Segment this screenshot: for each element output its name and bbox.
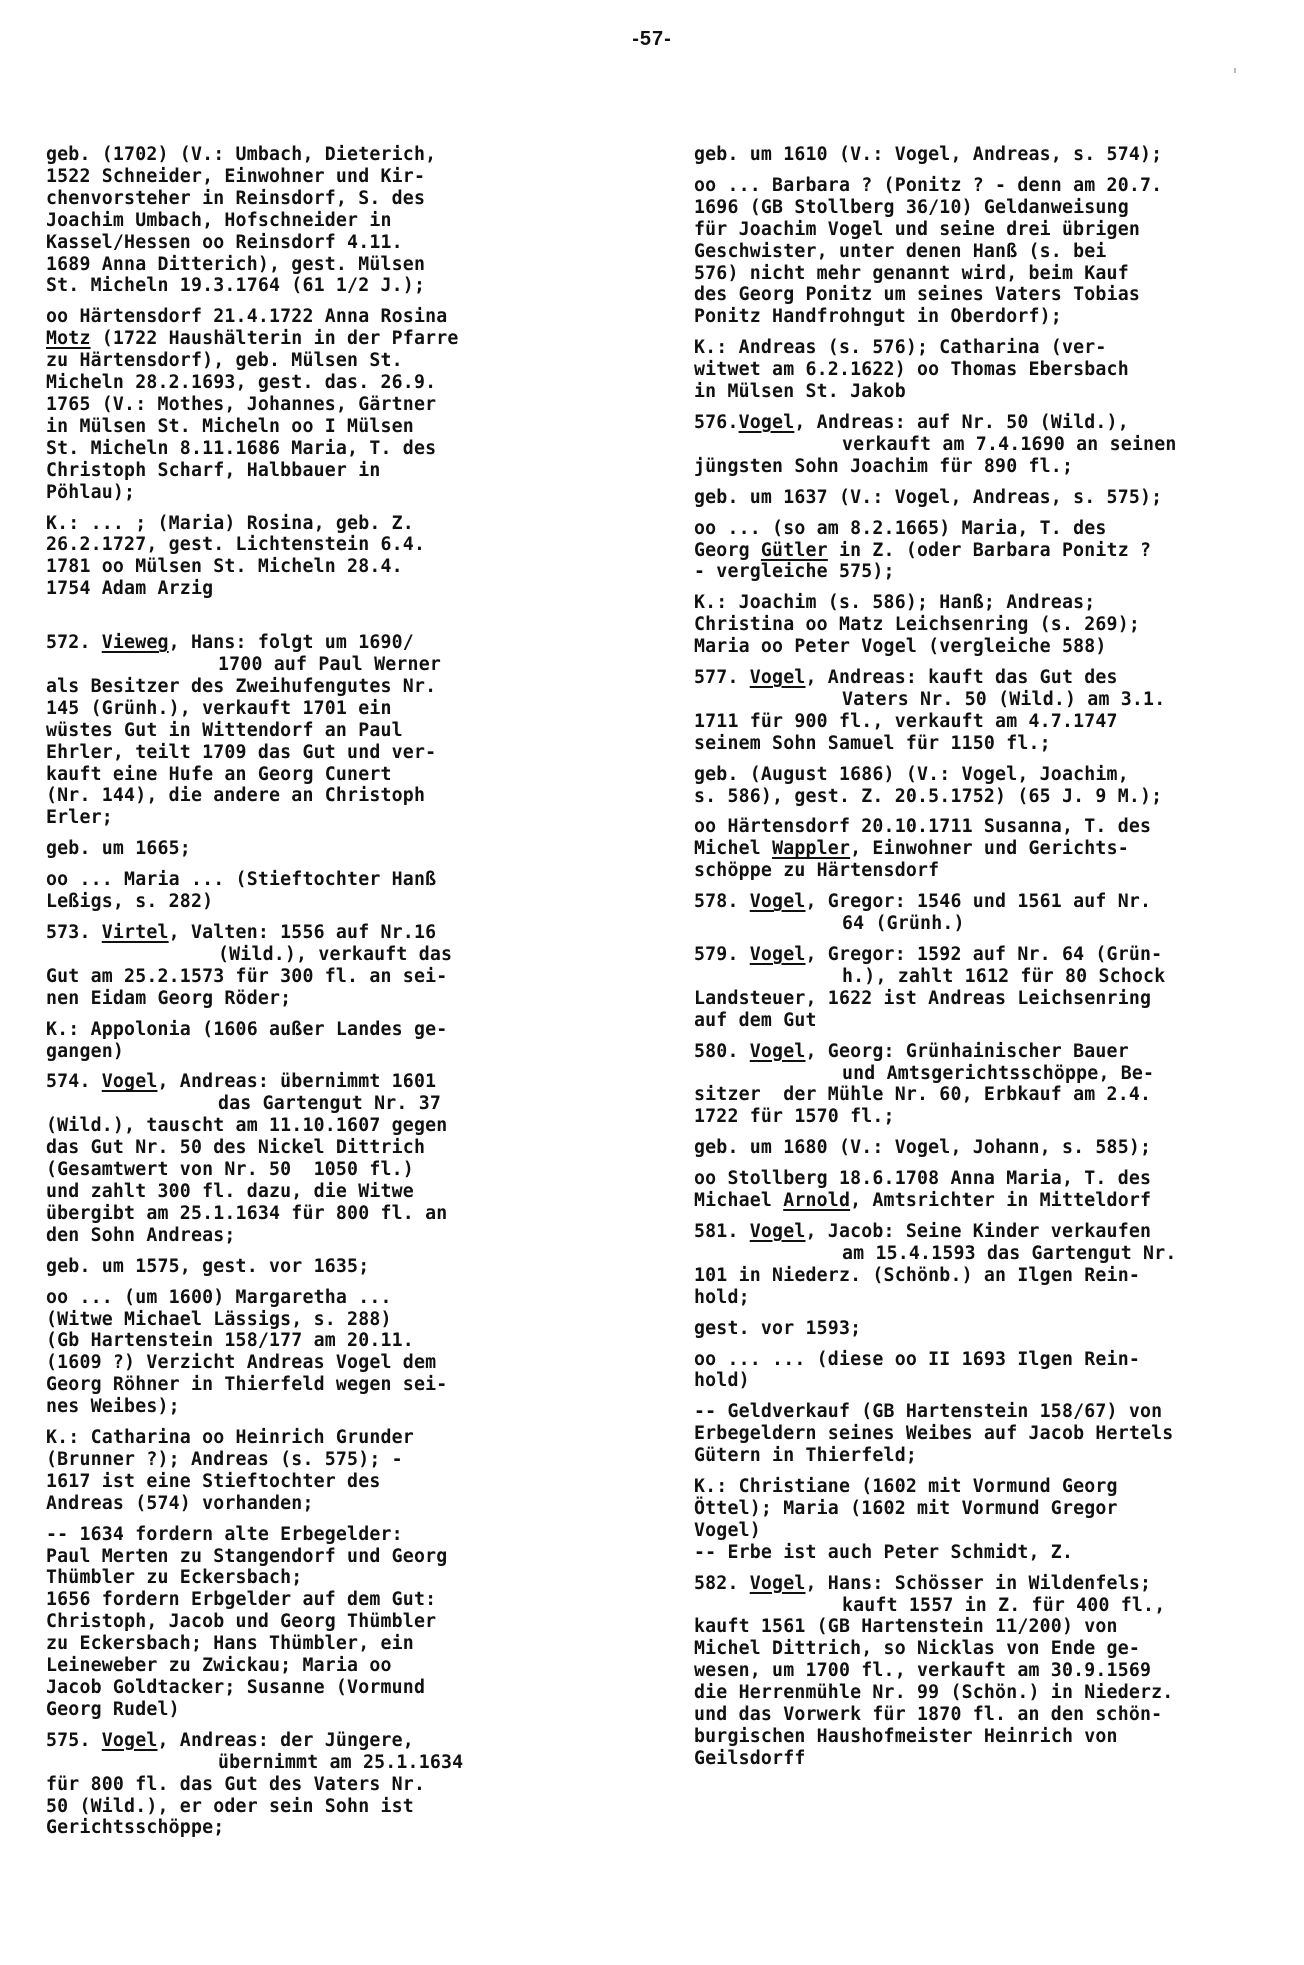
text-line: wüstes Gut in Wittendorf an Paul [46,720,606,742]
text-line: Andreas (574) vorhanden; [46,1493,606,1515]
text-line: (Gesamtwert von Nr. 50 1050 fl.) [46,1159,606,1181]
text-line: und zahlt 300 fl. dazu, die Witwe [46,1181,606,1203]
text-line: Motz (1722 Haushälterin in der Pfarre [46,328,606,350]
text-line: Landsteuer, 1622 ist Andreas Leichsenrin… [694,988,1284,1010]
text-line: 1689 Anna Ditterich), gest. Mülsen [46,254,606,276]
entry-block: oo Stollberg 18.6.1708 Anna Maria, T. de… [694,1168,1284,1212]
text-line: 145 (Grünh.), verkauft 1701 ein [46,698,606,720]
text-line: oo Härtensdorf 21.4.1722 Anna Rosina [46,306,606,328]
text-line: oo ... Maria ... (Stieftochter Hanß [46,869,606,891]
text-line: in Mülsen St. Micheln oo I Mülsen [46,416,606,438]
underlined-surname: Vogel [739,412,795,433]
text-line: und das Vorwerk für 1870 fl. an den schö… [694,1704,1284,1726]
line-text: , Georg: Grünhainischer Bauer [806,1041,1129,1062]
text-line: 1700 auf Paul Werner [46,654,606,676]
underlined-surname: Wappler [772,838,850,859]
text-line: 578. Vogel, Gregor: 1546 und 1561 auf Nr… [694,891,1284,913]
text-line: Joachim Umbach, Hofschneider in [46,210,606,232]
underlined-surname: Vogel [750,944,806,965]
text-line: Georg Gütler in Z. (oder Barbara Ponitz … [694,540,1284,562]
entry-block: oo Härtensdorf 21.4.1722 Anna RosinaMotz… [46,306,606,503]
text-line: und Amtsgerichtsschöppe, Be- [694,1063,1284,1085]
line-text: , Amtsrichter in Mitteldorf [850,1190,1151,1211]
text-line: schöppe zu Härtensdorf [694,860,1284,882]
line-text: , Andreas: kauft das Gut des [806,667,1118,688]
underlined-surname: Vogel [750,1573,806,1594]
entry-block: oo ... ... (diese oo II 1693 Ilgen Rein-… [694,1349,1284,1393]
text-line: 576) nicht mehr genannt wird, beim Kauf [694,263,1284,285]
text-line: -- 1634 fordern alte Erbegelder: [46,1524,606,1546]
text-line: burgischen Haushofmeister Heinrich von [694,1726,1284,1748]
underlined-surname: Vogel [102,1071,158,1092]
line-prefix: Georg [694,540,761,561]
line-text: in Z. (oder Barbara Ponitz ? [828,540,1151,561]
text-line: das Gut Nr. 50 des Nickel Dittrich [46,1137,606,1159]
entry-block: geb. um 1665; [46,838,606,860]
text-line: hold; [694,1287,1284,1309]
text-line: jüngsten Sohn Joachim für 890 fl.; [694,456,1284,478]
line-text: , Andreas: auf Nr. 50 (Wild.), [794,412,1129,433]
text-line: Michel Wappler, Einwohner und Gerichts- [694,838,1284,860]
text-line: wesen, um 1700 fl., verkauft am 30.9.156… [694,1660,1284,1682]
text-line: geb. um 1665; [46,838,606,860]
underlined-surname: Gütler [761,540,828,561]
line-prefix: 579. [694,944,750,965]
text-line: Georg Rudel) [46,1699,606,1721]
text-line: Michael Arnold, Amtsrichter in Mitteldor… [694,1190,1284,1212]
right-column: geb. um 1610 (V.: Vogel, Andreas, s. 574… [694,144,1284,1779]
text-line: - vergleiche 575); [694,561,1284,583]
line-text: , Hans: Schösser in Wildenfels; [806,1573,1152,1594]
line-prefix: 577. [694,667,750,688]
entry-block: 572. Vieweg, Hans: folgt um 1690/1700 au… [46,632,606,829]
text-line: verkauft am 7.4.1690 an seinen [694,434,1284,456]
text-line: 1781 oo Mülsen St. Micheln 28.4. [46,556,606,578]
text-line: Christoph Scharf, Halbbauer in [46,460,606,482]
text-line: 580. Vogel, Georg: Grünhainischer Bauer [694,1041,1284,1063]
text-line: Vaters Nr. 50 (Wild.) am 3.1. [694,689,1284,711]
text-line: Christina oo Matz Leichsenring (s. 269); [694,614,1284,636]
text-line: 576.Vogel, Andreas: auf Nr. 50 (Wild.), [694,412,1284,434]
text-line: (Wild.), verkauft das [46,944,606,966]
entry-block: oo ... Barbara ? (Ponitz ? - denn am 20.… [694,175,1284,328]
text-line: (Gb Hartenstein 158/177 am 20.11. [46,1330,606,1352]
entry-block: -- 1634 fordern alte Erbegelder:Paul Mer… [46,1524,606,1721]
text-line: geb. um 1637 (V.: Vogel, Andreas, s. 575… [694,487,1284,509]
entry-block: 573. Virtel, Valten: 1556 auf Nr.16(Wild… [46,922,606,1010]
text-line: Maria oo Peter Vogel (vergleiche 588) [694,636,1284,658]
entry-block: K.: Appolonia (1606 außer Landes ge-gang… [46,1019,606,1063]
text-line: als Besitzer des Zweihufengutes Nr. [46,676,606,698]
page-number: -57- [0,28,1304,51]
text-line: (Nr. 144), die andere an Christoph [46,785,606,807]
text-line: Micheln 28.2.1693, gest. das. 26.9. [46,372,606,394]
underlined-surname: Arnold [783,1190,850,1211]
text-line: (Witwe Michael Lässigs, s. 288) [46,1309,606,1331]
entry-block: geb. um 1680 (V.: Vogel, Johann, s. 585)… [694,1137,1284,1159]
line-text: , Andreas: der Jüngere, [158,1730,414,1751]
text-line: für 800 fl. das Gut des Vaters Nr. [46,1774,606,1796]
line-text: , Gregor: 1592 auf Nr. 64 (Grün- [806,944,1163,965]
underlined-surname: Motz [46,328,91,349]
underlined-surname: Vogel [750,1221,806,1242]
entry-block: 580. Vogel, Georg: Grünhainischer Baueru… [694,1041,1284,1129]
text-line: geb. um 1610 (V.: Vogel, Andreas, s. 574… [694,144,1284,166]
text-line: 573. Virtel, Valten: 1556 auf Nr.16 [46,922,606,944]
text-line: Ponitz Handfrohngut in Oberdorf); [694,306,1284,328]
underlined-surname: Vogel [102,1730,158,1751]
text-line: des Georg Ponitz um seines Vaters Tobias [694,284,1284,306]
line-prefix: Michel [694,838,772,859]
text-line: zu Eckersbach; Hans Thümbler, ein [46,1633,606,1655]
line-prefix: 574. [46,1071,102,1092]
line-text: , Gregor: 1546 und 1561 auf Nr. [806,891,1152,912]
line-text: , Hans: folgt um 1690/ [169,632,414,653]
line-prefix: 573. [46,922,102,943]
text-line: am 15.4.1593 das Gartengut Nr. [694,1243,1284,1265]
line-prefix: 581. [694,1221,750,1242]
text-line: seinem Sohn Samuel für 1150 fl.; [694,733,1284,755]
left-column: geb. (1702) (V.: Umbach, Dieterich,1522 … [46,144,606,1848]
entry-block: 578. Vogel, Gregor: 1546 und 1561 auf Nr… [694,891,1284,935]
text-line: Leßigs, s. 282) [46,891,606,913]
text-line: oo ... Barbara ? (Ponitz ? - denn am 20.… [694,175,1284,197]
entry-block: geb. um 1575, gest. vor 1635; [46,1256,606,1278]
text-line: oo Stollberg 18.6.1708 Anna Maria, T. de… [694,1168,1284,1190]
line-prefix: 582. [694,1573,750,1594]
entry-block: geb. (August 1686) (V.: Vogel, Joachim,s… [694,764,1284,808]
text-line: für Joachim Vogel und seine drei übrigen [694,219,1284,241]
text-line: St. Micheln 19.3.1764 (61 1/2 J.); [46,275,606,297]
line-prefix: 576. [694,412,739,433]
entry-block: 574. Vogel, Andreas: übernimmt 1601das G… [46,1071,606,1246]
line-text: , Einwohner und Gerichts- [850,838,1129,859]
text-line: (Brunner ?); Andreas (s. 575); - [46,1449,606,1471]
entry-block: K.: Christiane (1602 mit Vormund GeorgÖt… [694,1476,1284,1564]
entry-block: 577. Vogel, Andreas: kauft das Gut desVa… [694,667,1284,755]
text-line: 101 in Niederz. (Schönb.) an Ilgen Rein- [694,1265,1284,1287]
text-line: witwet am 6.2.1622) oo Thomas Ebersbach [694,359,1284,381]
text-line: kauft eine Hufe an Georg Cunert [46,764,606,786]
text-line: 1522 Schneider, Einwohner und Kir- [46,166,606,188]
entry-block: oo Härtensdorf 20.10.1711 Susanna, T. de… [694,816,1284,882]
entry-block: K.: ... ; (Maria) Rosina, geb. Z.26.2.17… [46,513,606,601]
entry-block: gest. vor 1593; [694,1318,1284,1340]
text-line: 572. Vieweg, Hans: folgt um 1690/ [46,632,606,654]
text-line: chenvorsteher in Reinsdorf, S. des [46,188,606,210]
text-line: oo ... ... (diese oo II 1693 Ilgen Rein- [694,1349,1284,1371]
entry-block: 581. Vogel, Jacob: Seine Kinder verkaufe… [694,1221,1284,1309]
text-line: 582. Vogel, Hans: Schösser in Wildenfels… [694,1573,1284,1595]
text-line: geb. (August 1686) (V.: Vogel, Joachim, [694,764,1284,786]
text-line: 50 (Wild.), er oder sein Sohn ist [46,1796,606,1818]
text-line: Kassel/Hessen oo Reinsdorf 4.11. [46,232,606,254]
line-prefix: Michael [694,1190,783,1211]
entry-block: oo ... Maria ... (Stieftochter HanßLeßig… [46,869,606,913]
line-prefix: 572. [46,632,102,653]
entry-block: 575. Vogel, Andreas: der Jüngere,übernim… [46,1730,606,1840]
text-line: geb. (1702) (V.: Umbach, Dieterich, [46,144,606,166]
text-line: 575. Vogel, Andreas: der Jüngere, [46,1730,606,1752]
entry-block: 576.Vogel, Andreas: auf Nr. 50 (Wild.),v… [694,412,1284,478]
text-line: 1754 Adam Arzig [46,578,606,600]
line-text: , Andreas: übernimmt 1601 [158,1071,437,1092]
text-line: 574. Vogel, Andreas: übernimmt 1601 [46,1071,606,1093]
text-line: 1696 (GB Stollberg 36/10) Geldanweisung [694,197,1284,219]
text-line: K.: Appolonia (1606 außer Landes ge- [46,1019,606,1041]
text-line: Geschwister, unter denen Hanß (s. bei [694,241,1284,263]
text-line: -- Geldverkauf (GB Hartenstein 158/67) v… [694,1401,1284,1423]
text-line: 64 (Grünh.) [694,913,1284,935]
text-line: 1711 für 900 fl., verkauft am 4.7.1747 [694,711,1284,733]
text-line: oo ... (um 1600) Margaretha ... [46,1287,606,1309]
underlined-surname: Virtel [102,922,169,943]
text-line: den Sohn Andreas; [46,1225,606,1247]
text-line: oo ... (so am 8.2.1665) Maria, T. des [694,518,1284,540]
text-line: nen Eidam Georg Röder; [46,988,606,1010]
entry-block: geb. (1702) (V.: Umbach, Dieterich,1522 … [46,144,606,297]
text-line: Paul Merten zu Stangendorf und Georg [46,1546,606,1568]
entry-block: geb. um 1637 (V.: Vogel, Andreas, s. 575… [694,487,1284,509]
text-line: Ehrler, teilt 1709 das Gut und ver- [46,742,606,764]
text-line: Öttel); Maria (1602 mit Vormund Gregor [694,1498,1284,1520]
line-text: (1722 Haushälterin in der Pfarre [91,328,459,349]
line-text: , Jacob: Seine Kinder verkaufen [806,1221,1152,1242]
entry-block: oo ... (so am 8.2.1665) Maria, T. desGeo… [694,518,1284,584]
line-prefix: 578. [694,891,750,912]
entry-block: -- Geldverkauf (GB Hartenstein 158/67) v… [694,1401,1284,1467]
text-line: (Wild.), tauscht am 11.10.1607 gegen [46,1115,606,1137]
text-line: Jacob Goldtacker; Susanne (Vormund [46,1677,606,1699]
text-line: 1765 (V.: Mothes, Johannes, Gärtner [46,394,606,416]
text-line: Michel Dittrich, so Nicklas von Ende ge- [694,1638,1284,1660]
text-line: Erler; [46,807,606,829]
entry-block: geb. um 1610 (V.: Vogel, Andreas, s. 574… [694,144,1284,166]
text-line: Christoph, Jacob und Georg Thümbler [46,1611,606,1633]
text-line: Thümbler zu Eckersbach; [46,1567,606,1589]
underlined-surname: Vogel [750,667,806,688]
text-line: zu Härtensdorf), geb. Mülsen St. [46,350,606,372]
text-line: Vogel) [694,1520,1284,1542]
entry-block: K.: Andreas (s. 576); Catharina (ver-wit… [694,337,1284,403]
text-line: gangen) [46,1041,606,1063]
text-line: kauft 1561 (GB Hartenstein 11/200) von [694,1616,1284,1638]
underlined-surname: Vieweg [102,632,169,653]
text-line: St. Micheln 8.11.1686 Maria, T. des [46,438,606,460]
text-line: 1617 ist eine Stieftochter des [46,1471,606,1493]
text-line: in Mülsen St. Jakob [694,381,1284,403]
text-line: übergibt am 25.1.1634 für 800 fl. an [46,1203,606,1225]
line-prefix: 580. [694,1041,750,1062]
text-line: K.: Joachim (s. 586); Hanß; Andreas; [694,592,1284,614]
text-line: Georg Röhner in Thierfeld wegen sei- [46,1374,606,1396]
text-line: geb. um 1680 (V.: Vogel, Johann, s. 585)… [694,1137,1284,1159]
entry-block: 582. Vogel, Hans: Schösser in Wildenfels… [694,1573,1284,1770]
text-line: 581. Vogel, Jacob: Seine Kinder verkaufe… [694,1221,1284,1243]
text-line: K.: Catharina oo Heinrich Grunder [46,1427,606,1449]
text-line: das Gartengut Nr. 37 [46,1093,606,1115]
text-line: 26.2.1727, gest. Lichtenstein 6.4. [46,534,606,556]
text-line: K.: Christiane (1602 mit Vormund Georg [694,1476,1284,1498]
text-line: K.: ... ; (Maria) Rosina, geb. Z. [46,513,606,535]
text-line: gest. vor 1593; [694,1318,1284,1340]
text-line: -- Erbe ist auch Peter Schmidt, Z. [694,1542,1284,1564]
text-line: 579. Vogel, Gregor: 1592 auf Nr. 64 (Grü… [694,944,1284,966]
entry-block: 579. Vogel, Gregor: 1592 auf Nr. 64 (Grü… [694,944,1284,1032]
text-line: Gerichtsschöppe; [46,1817,606,1839]
line-prefix: 575. [46,1730,102,1751]
text-line: Gütern in Thierfeld; [694,1445,1284,1467]
text-line: geb. um 1575, gest. vor 1635; [46,1256,606,1278]
text-line: Erbegeldern seines Weibes auf Jacob Hert… [694,1423,1284,1445]
text-line: nes Weibes); [46,1396,606,1418]
text-line: oo Härtensdorf 20.10.1711 Susanna, T. de… [694,816,1284,838]
text-line: sitzer der Mühle Nr. 60, Erbkauf am 2.4. [694,1084,1284,1106]
entry-block: oo ... (um 1600) Margaretha ...(Witwe Mi… [46,1287,606,1418]
text-line: 1722 für 1570 fl.; [694,1106,1284,1128]
text-line: Pöhlau); [46,482,606,504]
scan-speck [1234,68,1236,73]
text-line: Geilsdorff [694,1748,1284,1770]
text-line: Leineweber zu Zwickau; Maria oo [46,1655,606,1677]
entry-block: K.: Catharina oo Heinrich Grunder(Brunne… [46,1427,606,1515]
text-line: die Herrenmühle Nr. 99 (Schön.) in Niede… [694,1682,1284,1704]
text-line: h.), zahlt 1612 für 80 Schock [694,966,1284,988]
text-line: 1656 fordern Erbgelder auf dem Gut: [46,1589,606,1611]
text-line: hold) [694,1370,1284,1392]
line-text: , Valten: 1556 auf Nr.16 [169,922,437,943]
underlined-surname: Vogel [750,1041,806,1062]
text-line: s. 586), gest. Z. 20.5.1752) (65 J. 9 M.… [694,786,1284,808]
text-line: kauft 1557 in Z. für 400 fl., [694,1595,1284,1617]
text-line: (1609 ?) Verzicht Andreas Vogel dem [46,1352,606,1374]
underlined-surname: Vogel [750,891,806,912]
text-line: Gut am 25.2.1573 für 300 fl. an sei- [46,966,606,988]
text-line: übernimmt am 25.1.1634 [46,1752,606,1774]
text-line: K.: Andreas (s. 576); Catharina (ver- [694,337,1284,359]
text-line: 577. Vogel, Andreas: kauft das Gut des [694,667,1284,689]
text-line: auf dem Gut [694,1010,1284,1032]
entry-block: K.: Joachim (s. 586); Hanß; Andreas;Chri… [694,592,1284,658]
